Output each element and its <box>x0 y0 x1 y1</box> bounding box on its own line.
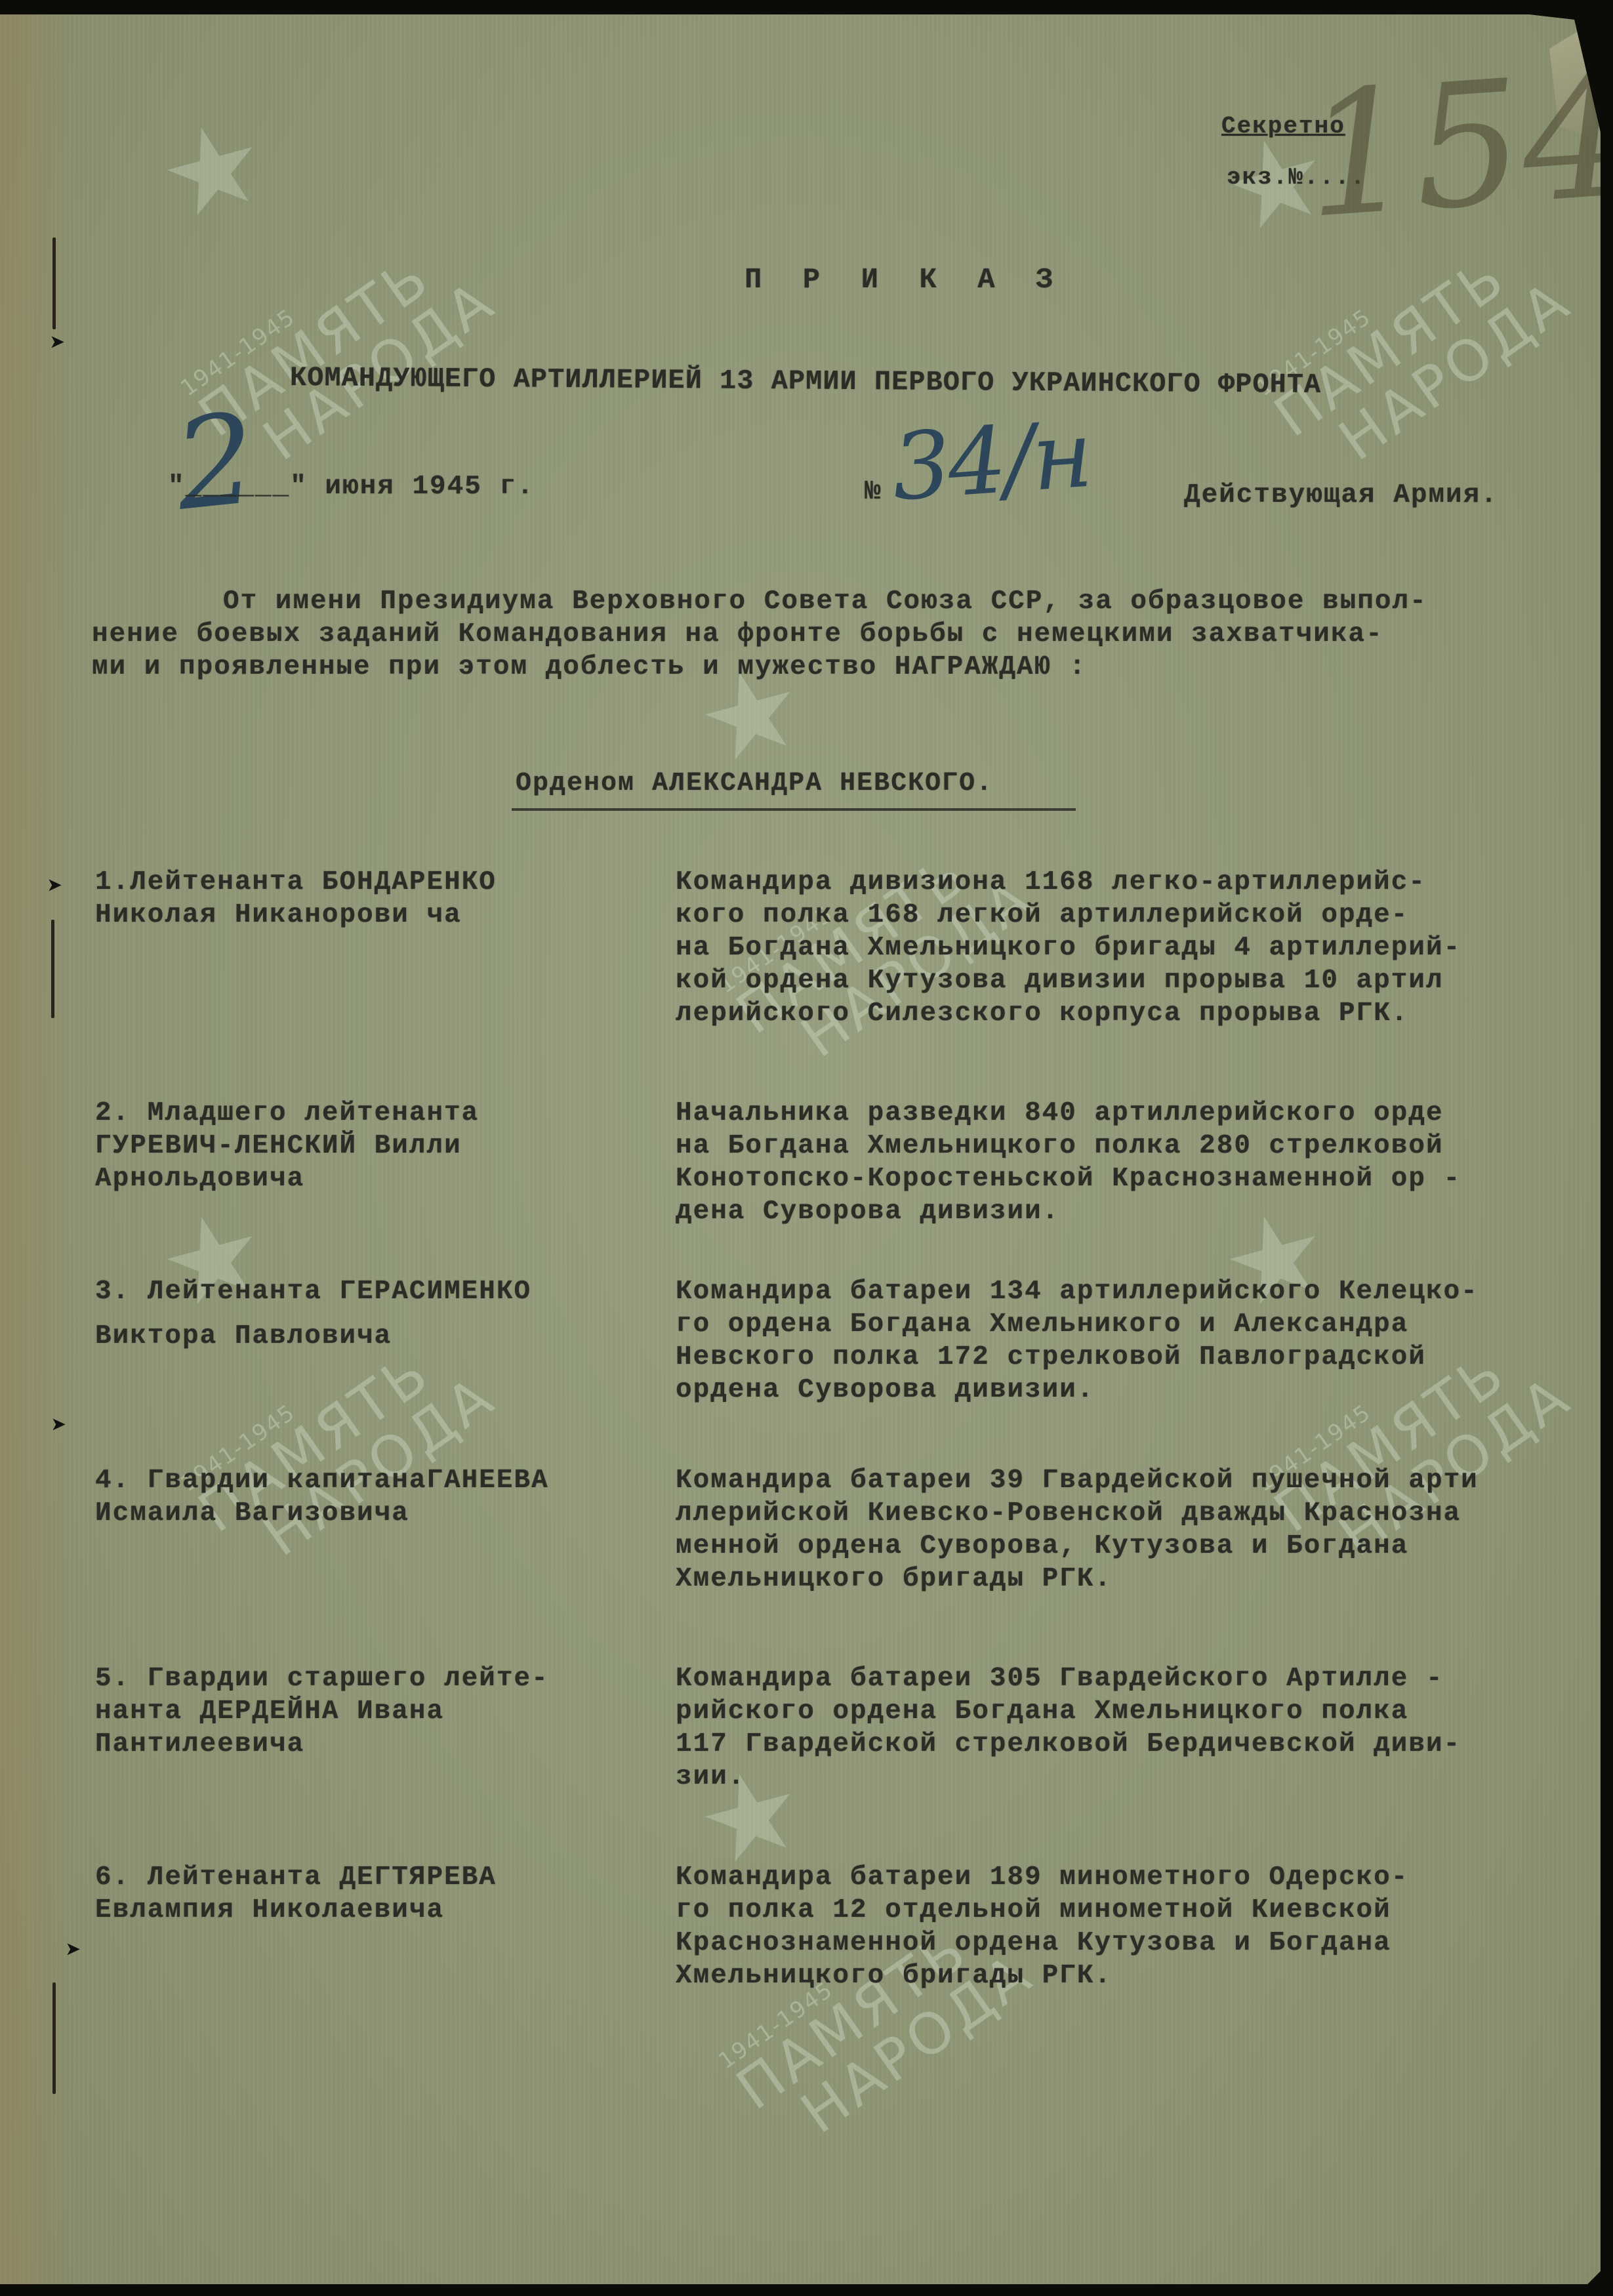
watermark: 1941-1945 ПАМЯТЬ НАРОДА <box>1253 207 1580 493</box>
location-label: Действующая Армия. <box>1184 480 1498 510</box>
punch-hole-mark: ➤ <box>51 1418 80 1438</box>
order-date: "______" июня 1945 г. <box>168 472 535 502</box>
binding-mark <box>51 920 54 1018</box>
recipient-description: Командира батареи 189 минометного Одерск… <box>676 1861 1408 1992</box>
punch-hole-mark: ➤ <box>66 1943 94 1963</box>
award-order-name: Орденом АЛЕКСАНДРА НЕВСКОГО. <box>516 769 993 798</box>
document-subtitle: КОМАНДУЮЩЕГО АРТИЛЛЕРИЕЙ 13 АРМИИ ПЕРВОГ… <box>290 362 1322 401</box>
recipient-name: 1.Лейтенанта БОНДАРЕНКО Николая Никаноро… <box>95 866 497 932</box>
handwritten-day: 2 <box>169 386 262 538</box>
handwritten-page-number: 154 <box>1299 36 1613 256</box>
handwritten-order-number: 34/н <box>889 401 1093 522</box>
number-sign: № <box>865 477 882 507</box>
recipient-name: 2. Младшего лейтенанта ГУРЕВИЧ-ЛЕНСКИЙ В… <box>95 1097 479 1195</box>
recipient-name: 6. Лейтенанта ДЕГТЯРЕВА Евлампия Николае… <box>95 1861 497 1927</box>
watermark-star-icon <box>157 115 269 228</box>
recipient-name: 3. Лейтенанта ГЕРАСИМЕНКО Виктора Павлов… <box>95 1275 531 1353</box>
document-page: ➤ ➤ ➤ ➤ 1941-1945 ПАМЯТЬ НАРОДА 1941-194… <box>0 14 1601 2284</box>
binding-mark <box>52 1982 56 2094</box>
recipient-description: Командира дивизиона 1168 легко-артиллери… <box>676 866 1461 1030</box>
recipient-description: Командира батареи 134 артиллерийского Ке… <box>676 1275 1479 1406</box>
recipient-description: Начальника разведки 840 артиллерийского … <box>676 1097 1461 1228</box>
award-underline <box>512 808 1076 811</box>
binding-mark <box>52 237 56 329</box>
punch-hole-mark: ➤ <box>50 336 79 356</box>
recipient-name: 5. Гвардии старшего лейте- нанта ДЕРДЕЙН… <box>95 1662 549 1761</box>
preamble: От имени Президиума Верховного Совета Со… <box>92 585 1601 684</box>
recipient-name: 4. Гвардии капитанаГАНЕЕВА Исмаила Вагиз… <box>95 1464 549 1530</box>
punch-hole-mark: ➤ <box>47 879 76 899</box>
recipient-description: Командира батареи 39 Гвардейской пушечно… <box>676 1464 1479 1595</box>
document-title: П Р И К А З <box>745 264 1065 297</box>
recipient-description: Командира батареи 305 Гвардейского Артил… <box>676 1662 1461 1794</box>
